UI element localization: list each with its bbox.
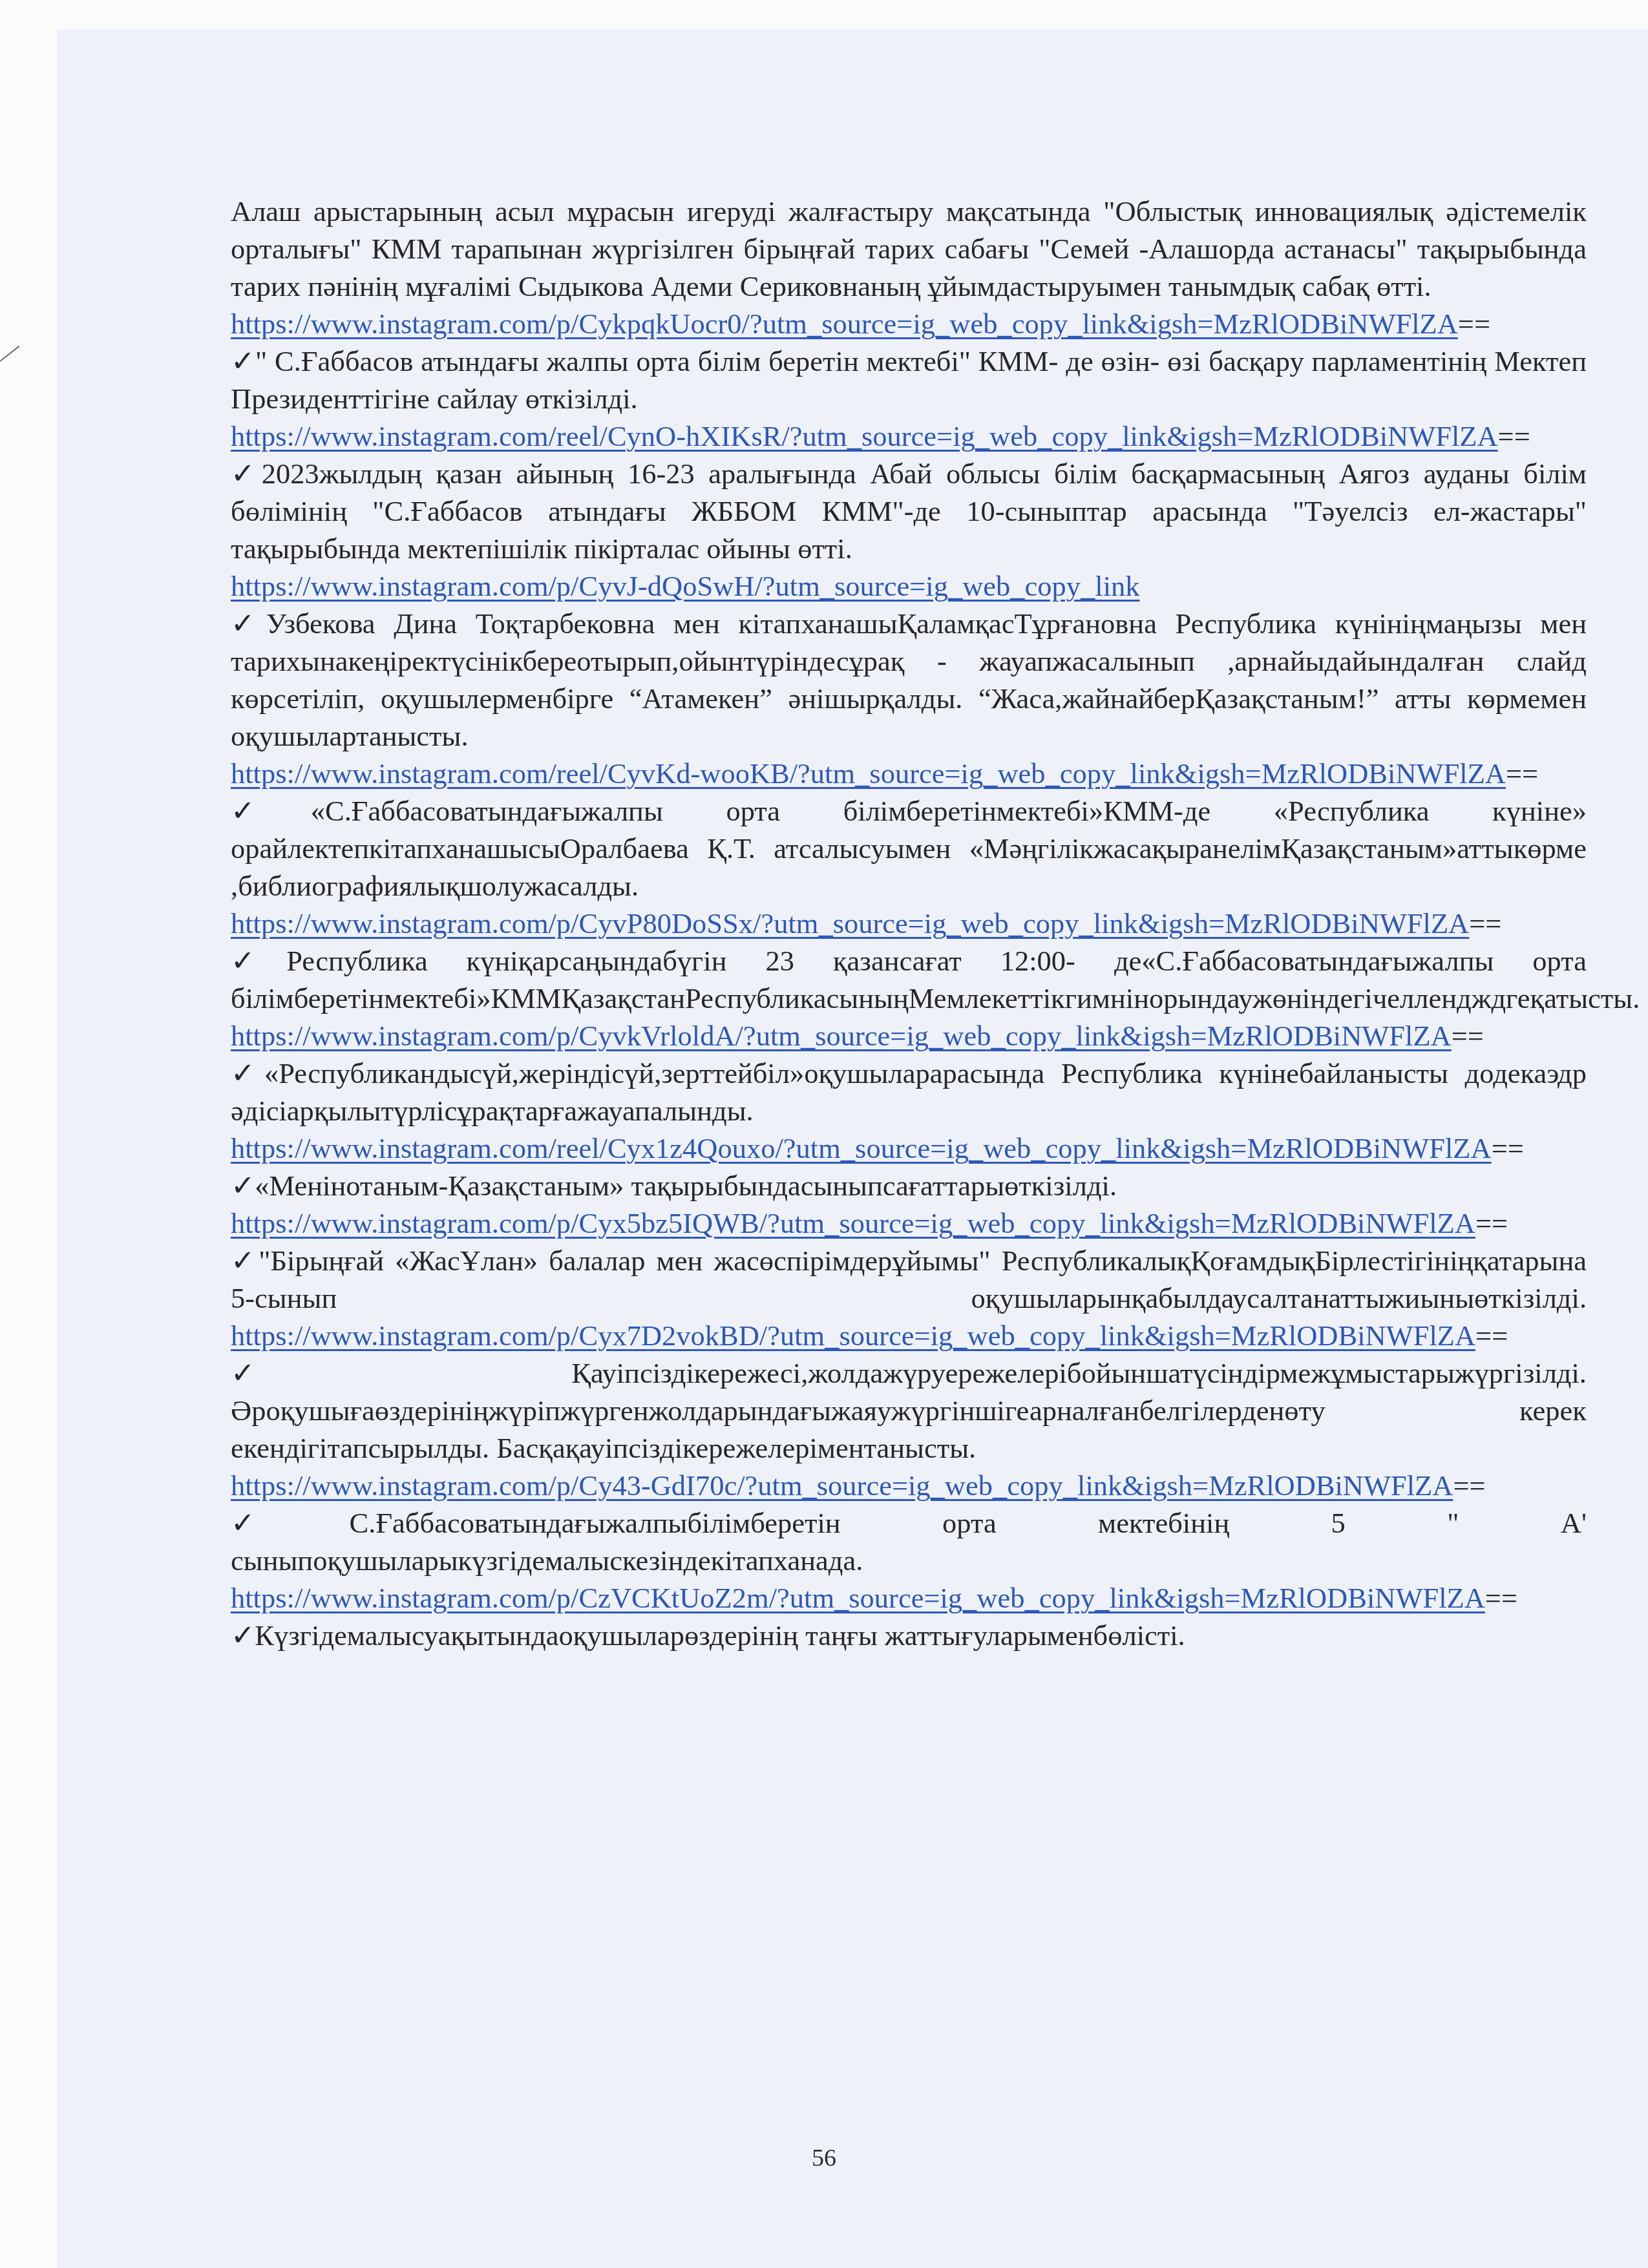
link-suffix: == <box>1452 1020 1484 1052</box>
instagram-link[interactable]: https://www.instagram.com/reel/CyvKd-woo… <box>231 757 1506 790</box>
report-entry: Алаш арыстарының асыл мұрасын игеруді жа… <box>231 193 1587 342</box>
link-suffix: == <box>1475 1207 1508 1239</box>
entry-description: Республика күніқарсаңындабүгін 23 қазанс… <box>231 945 1640 1014</box>
link-suffix: == <box>1485 1582 1517 1614</box>
instagram-link[interactable]: https://www.instagram.com/p/CzVCKtUoZ2m/… <box>231 1582 1485 1614</box>
entry-text: ✓" С.Ғаббасов атындағы жалпы орта білім … <box>231 342 1587 417</box>
entry-link-line: https://www.instagram.com/p/CyvJ-dQoSwH/… <box>231 567 1587 605</box>
entry-link-line: https://www.instagram.com/reel/CynO-hXIK… <box>231 417 1587 455</box>
entry-description: 2023жылдың қазан айының 16-23 аралығында… <box>231 457 1587 565</box>
entry-link-line: https://www.instagram.com/p/CyvP80DoSSx/… <box>231 905 1587 942</box>
report-entry: ✓«Республикандысүй,жеріндісүй,зерттейбіл… <box>231 1055 1587 1167</box>
entry-description: С.Ғаббасоватындағыжалпыбілімберетін орта… <box>231 1507 1587 1577</box>
report-entry: ✓«С.Ғаббасоватындағыжалпы орта білімбере… <box>231 792 1587 942</box>
entry-description: Алаш арыстарының асыл мұрасын игеруді жа… <box>231 195 1587 302</box>
checkmark-icon: ✓ <box>231 1244 259 1277</box>
entry-text: ✓Республика күніқарсаңындабүгін 23 қазан… <box>231 942 1587 1017</box>
instagram-link[interactable]: https://www.instagram.com/p/Cy43-GdI70c/… <box>231 1469 1453 1502</box>
report-entry: ✓2023жылдың қазан айының 16-23 аралығынд… <box>231 455 1587 605</box>
instagram-link[interactable]: https://www.instagram.com/reel/Cyx1z4Qou… <box>231 1132 1492 1164</box>
entry-description: «Менінотаным-Қазақстаным» тақырыбындасын… <box>255 1170 1117 1202</box>
entry-text: ✓«Республикандысүй,жеріндісүй,зерттейбіл… <box>231 1055 1587 1129</box>
checkmark-icon: ✓ <box>231 345 255 377</box>
checkmark-icon: ✓ <box>231 945 286 977</box>
document-body: Алаш арыстарының асыл мұрасын игеруді жа… <box>231 193 1587 1654</box>
checkmark-icon: ✓ <box>231 607 266 640</box>
checkmark-icon: ✓ <box>231 1619 255 1652</box>
link-suffix: == <box>1475 1319 1508 1352</box>
report-entry: ✓"Бірыңғай «ЖасҰлан» балалар мен жасөспі… <box>231 1242 1587 1354</box>
link-suffix: == <box>1453 1469 1485 1502</box>
entry-text: ✓2023жылдың қазан айының 16-23 аралығынд… <box>231 455 1587 567</box>
link-suffix: == <box>1498 420 1530 452</box>
link-suffix: == <box>1506 757 1538 790</box>
instagram-link[interactable]: https://www.instagram.com/reel/CynO-hXIK… <box>231 420 1498 452</box>
checkmark-icon: ✓ <box>231 457 262 490</box>
entry-description: "Бірыңғай «ЖасҰлан» балалар мен жасөспір… <box>231 1244 1587 1314</box>
entry-description: «С.Ғаббасоватындағыжалпы орта білімберет… <box>231 795 1587 902</box>
entry-link-line: https://www.instagram.com/p/CykpqkUocr0/… <box>231 305 1587 342</box>
scan-pen-mark <box>0 346 20 362</box>
entry-description: «Республикандысүй,жеріндісүй,зерттейбіл»… <box>231 1057 1587 1127</box>
page-number: 56 <box>0 2144 1648 2172</box>
report-entry: ✓Қауіпсіздікережесі,жолдажүруережелерібо… <box>231 1354 1587 1504</box>
entry-link-line: https://www.instagram.com/p/CzVCKtUoZ2m/… <box>231 1579 1587 1617</box>
report-entry: ✓Күзгідемалысуақытындаоқушыларөздерінің … <box>231 1617 1587 1654</box>
instagram-link[interactable]: https://www.instagram.com/p/Cyx7D2vokBD/… <box>231 1319 1475 1352</box>
instagram-link[interactable]: https://www.instagram.com/p/CyvkVrloldA/… <box>231 1020 1452 1052</box>
entry-link-line: https://www.instagram.com/p/Cyx7D2vokBD/… <box>231 1317 1587 1354</box>
instagram-link[interactable]: https://www.instagram.com/p/CyvP80DoSSx/… <box>231 907 1469 940</box>
entry-link-line: https://www.instagram.com/p/CyvkVrloldA/… <box>231 1017 1587 1055</box>
checkmark-icon: ✓ <box>231 1357 571 1389</box>
checkmark-icon: ✓ <box>231 795 311 827</box>
checkmark-icon: ✓ <box>231 1170 255 1202</box>
entry-text: ✓С.Ғаббасоватындағыжалпыбілімберетін орт… <box>231 1504 1587 1579</box>
report-entry: ✓С.Ғаббасоватындағыжалпыбілімберетін орт… <box>231 1504 1587 1617</box>
entry-text: ✓«Менінотаным-Қазақстаным» тақырыбындасы… <box>231 1167 1587 1204</box>
entry-text: ✓Узбекова Дина Тоқтарбековна мен кітапха… <box>231 605 1587 755</box>
entry-description: Күзгідемалысуақытындаоқушыларөздерінің т… <box>255 1619 1185 1652</box>
report-entry: ✓«Менінотаным-Қазақстаным» тақырыбындасы… <box>231 1167 1587 1242</box>
entry-link-line: https://www.instagram.com/reel/Cyx1z4Qou… <box>231 1129 1587 1167</box>
entry-link-line: https://www.instagram.com/p/Cy43-GdI70c/… <box>231 1467 1587 1504</box>
entry-text: Алаш арыстарының асыл мұрасын игеруді жа… <box>231 193 1587 305</box>
instagram-link[interactable]: https://www.instagram.com/p/CyvJ-dQoSwH/… <box>231 570 1140 602</box>
entry-link-line: https://www.instagram.com/reel/CyvKd-woo… <box>231 755 1587 792</box>
entry-text: ✓«С.Ғаббасоватындағыжалпы орта білімбере… <box>231 792 1587 905</box>
instagram-link[interactable]: https://www.instagram.com/p/CykpqkUocr0/… <box>231 308 1458 340</box>
report-entry: ✓Республика күніқарсаңындабүгін 23 қазан… <box>231 942 1587 1055</box>
entry-text: ✓Күзгідемалысуақытындаоқушыларөздерінің … <box>231 1617 1587 1654</box>
instagram-link[interactable]: https://www.instagram.com/p/Cyx5bz5IQWB/… <box>231 1207 1475 1239</box>
report-entry: ✓" С.Ғаббасов атындағы жалпы орта білім … <box>231 342 1587 455</box>
link-suffix: == <box>1492 1132 1524 1164</box>
checkmark-icon: ✓ <box>231 1057 264 1089</box>
entry-link-line: https://www.instagram.com/p/Cyx5bz5IQWB/… <box>231 1204 1587 1242</box>
link-suffix: == <box>1458 308 1490 340</box>
entry-description: " С.Ғаббасов атындағы жалпы орта білім б… <box>231 345 1587 415</box>
link-suffix: == <box>1469 907 1501 940</box>
report-entry: ✓Узбекова Дина Тоқтарбековна мен кітапха… <box>231 605 1587 792</box>
entry-text: ✓"Бірыңғай «ЖасҰлан» балалар мен жасөспі… <box>231 1242 1587 1317</box>
checkmark-icon: ✓ <box>231 1507 350 1539</box>
entry-text: ✓Қауіпсіздікережесі,жолдажүруережелерібо… <box>231 1354 1587 1467</box>
entry-description: Узбекова Дина Тоқтарбековна мен кітапхан… <box>231 607 1587 752</box>
